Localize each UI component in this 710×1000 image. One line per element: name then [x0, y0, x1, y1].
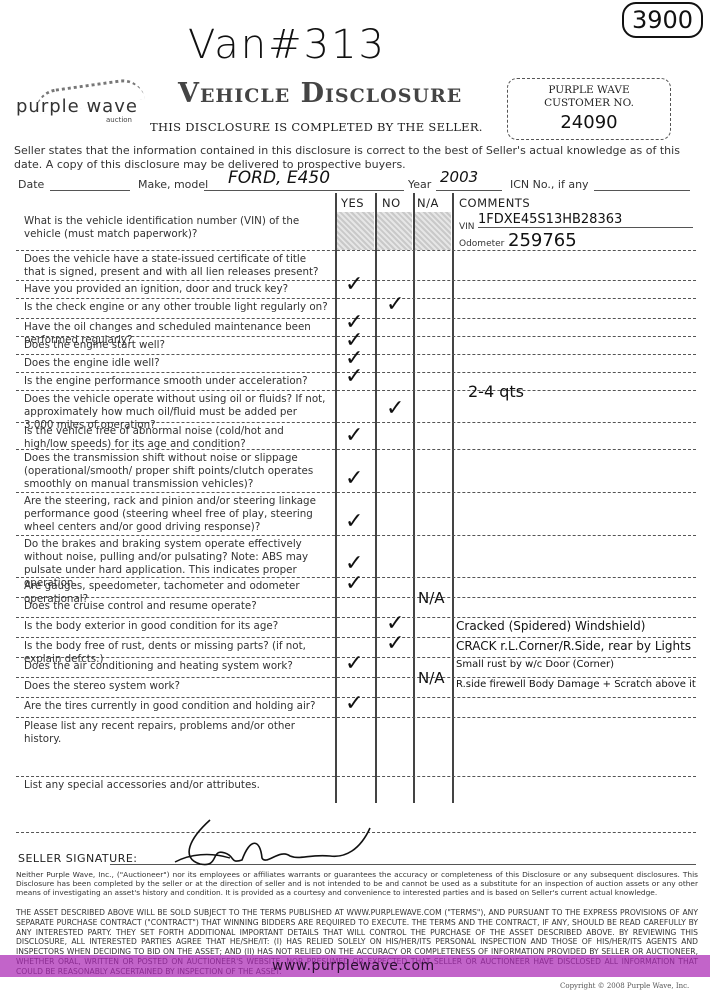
- check-mark-icon: ✓: [345, 653, 363, 675]
- question-text: Does the cruise control and resume opera…: [24, 600, 329, 613]
- answer-cell-no[interactable]: [377, 212, 413, 250]
- auctioneer-disclaimer: Neither Purple Wave, Inc., ("Auctioneer"…: [16, 870, 698, 897]
- answer-cell-no[interactable]: [377, 535, 413, 577]
- question-text: Does the stereo system work?: [24, 680, 329, 693]
- answer-cell-no[interactable]: [377, 250, 413, 280]
- question-text: List any special accessories and/or attr…: [24, 779, 329, 792]
- answer-cell-na[interactable]: [415, 535, 451, 577]
- answer-cell-na[interactable]: [415, 250, 451, 280]
- question-text: Does the transmission shift without nois…: [24, 452, 329, 491]
- answer-cell-na[interactable]: [415, 697, 451, 717]
- answer-cell-no[interactable]: [377, 697, 413, 717]
- answer-cell-no[interactable]: [377, 336, 413, 354]
- answer-cell-na[interactable]: [415, 390, 451, 422]
- year-label: Year: [408, 178, 431, 191]
- check-mark-icon: ✓: [345, 693, 363, 715]
- comment-text: 2-4 qts: [468, 382, 524, 401]
- answer-cell-yes[interactable]: [337, 617, 373, 637]
- check-mark-icon: ✓: [345, 573, 363, 595]
- answer-cell-na[interactable]: [415, 449, 451, 492]
- website-link[interactable]: www.purplewave.com: [272, 958, 435, 974]
- question-text: Please list any recent repairs, problems…: [24, 720, 329, 746]
- customer-box-label-2: CUSTOMER NO.: [508, 97, 670, 110]
- answer-cell-yes[interactable]: [337, 597, 373, 617]
- document-subtitle: THIS DISCLOSURE IS COMPLETED BY THE SELL…: [150, 120, 483, 134]
- make-model-value: FORD, E450: [228, 168, 330, 188]
- odometer-value: 259765: [508, 230, 577, 251]
- answer-cell-no[interactable]: [377, 492, 413, 535]
- answer-cell-yes[interactable]: [337, 717, 373, 776]
- vin-value: 1FDXE45S13HB28363: [478, 212, 693, 228]
- make-model-label: Make, model: [138, 178, 208, 191]
- question-text: Is the check engine or any other trouble…: [24, 301, 329, 314]
- answer-cell-no[interactable]: [377, 372, 413, 390]
- comment-text: Small rust by w/c Door (Corner): [456, 659, 614, 670]
- intro-statement: Seller states that the information conta…: [14, 144, 704, 172]
- document-title: Vehicle Disclosure: [178, 78, 462, 109]
- header-comments: COMMENTS: [459, 196, 530, 210]
- answer-cell-no[interactable]: [377, 577, 413, 597]
- handwritten-vehicle-note: Van#313: [188, 22, 386, 68]
- answer-cell-na[interactable]: [415, 637, 451, 657]
- answer-cell-na[interactable]: [415, 776, 451, 832]
- logo-subtext: auction: [106, 116, 132, 124]
- customer-number-box: PURPLE WAVE CUSTOMER NO. 24090: [507, 78, 671, 140]
- answer-cell-yes[interactable]: [337, 390, 373, 422]
- answer-cell-na[interactable]: [415, 492, 451, 535]
- answer-cell-na[interactable]: [415, 354, 451, 372]
- header-yes: YES: [341, 196, 364, 210]
- answer-cell-na[interactable]: [415, 280, 451, 298]
- purple-wave-logo: purple wave auction: [14, 84, 144, 124]
- customer-number: 24090: [508, 112, 670, 133]
- check-mark-icon: ✓: [345, 274, 363, 296]
- question-text: What is the vehicle identification numbe…: [24, 215, 329, 241]
- year-value: 2003: [440, 168, 478, 186]
- date-label: Date: [18, 178, 44, 191]
- answer-cell-no[interactable]: [377, 677, 413, 697]
- check-mark-icon: ✓: [345, 468, 363, 490]
- na-mark: N/A: [418, 589, 445, 607]
- question-text: Does the vehicle have a state-issued cer…: [24, 253, 329, 279]
- question-text: Is the body exterior in good condition f…: [24, 620, 329, 633]
- header-no: NO: [382, 196, 401, 210]
- answer-cell-na[interactable]: [415, 336, 451, 354]
- comment-text: R.side firewell Body Damage + Scratch ab…: [456, 679, 696, 690]
- question-text: Does the engine idle well?: [24, 357, 329, 370]
- check-mark-icon: ✓: [386, 294, 404, 316]
- question-text: Have you provided an ignition, door and …: [24, 283, 329, 296]
- answer-cell-no[interactable]: [377, 422, 413, 449]
- answer-cell-no[interactable]: [377, 449, 413, 492]
- column-divider-comments: [452, 193, 454, 803]
- question-text: Are the steering, rack and pinion and/or…: [24, 495, 329, 534]
- answer-cell-no[interactable]: [377, 354, 413, 372]
- question-text: Does the air conditioning and heating sy…: [24, 660, 329, 673]
- answer-cell-no[interactable]: [377, 717, 413, 776]
- logo-text: purple wave: [16, 96, 138, 117]
- check-mark-icon: ✓: [345, 425, 363, 447]
- question-text: Is the vehicle free of abnormal noise (c…: [24, 425, 329, 451]
- answer-cell-na[interactable]: [415, 372, 451, 390]
- seller-signature: [170, 818, 390, 868]
- answer-cell-na[interactable]: [415, 318, 451, 336]
- answer-cell-na[interactable]: [415, 212, 451, 250]
- year-field[interactable]: [436, 190, 502, 191]
- answer-cell-na[interactable]: [415, 717, 451, 776]
- icn-label: ICN No., if any: [510, 178, 589, 191]
- date-field[interactable]: [50, 190, 130, 191]
- check-mark-icon: ✓: [386, 398, 404, 420]
- comment-text: Cracked (Spidered) Windshield): [456, 619, 645, 633]
- vin-label: VIN: [459, 222, 475, 232]
- check-mark-icon: ✓: [345, 511, 363, 533]
- question-text: Does the engine start well?: [24, 339, 329, 352]
- answer-cell-na[interactable]: [415, 617, 451, 637]
- answer-cell-no[interactable]: [377, 318, 413, 336]
- answer-cell-yes[interactable]: [337, 212, 373, 250]
- odometer-label: Odometer: [459, 239, 504, 249]
- make-model-field[interactable]: [204, 190, 404, 191]
- customer-box-label-1: PURPLE WAVE: [508, 84, 670, 97]
- icn-field[interactable]: [594, 190, 690, 191]
- vehicle-fields: Date Make, model FORD, E450 Year 2003 IC…: [14, 172, 694, 194]
- handwritten-lot-number: 3900: [622, 2, 703, 38]
- comment-text: CRACK r.L.Corner/R.Side, rear by Lights: [456, 639, 691, 653]
- question-text: Are the tires currently in good conditio…: [24, 700, 329, 713]
- answer-cell-no[interactable]: [377, 657, 413, 677]
- question-text: Is the engine performance smooth under a…: [24, 375, 329, 388]
- answer-cell-na[interactable]: [415, 298, 451, 318]
- answer-cell-na[interactable]: [415, 422, 451, 449]
- header-na: N/A: [417, 196, 439, 210]
- na-mark: N/A: [418, 669, 445, 687]
- copyright-notice: Copyright © 2008 Purple Wave, Inc.: [560, 982, 689, 990]
- check-mark-icon: ✓: [386, 633, 404, 655]
- check-mark-icon: ✓: [345, 366, 363, 388]
